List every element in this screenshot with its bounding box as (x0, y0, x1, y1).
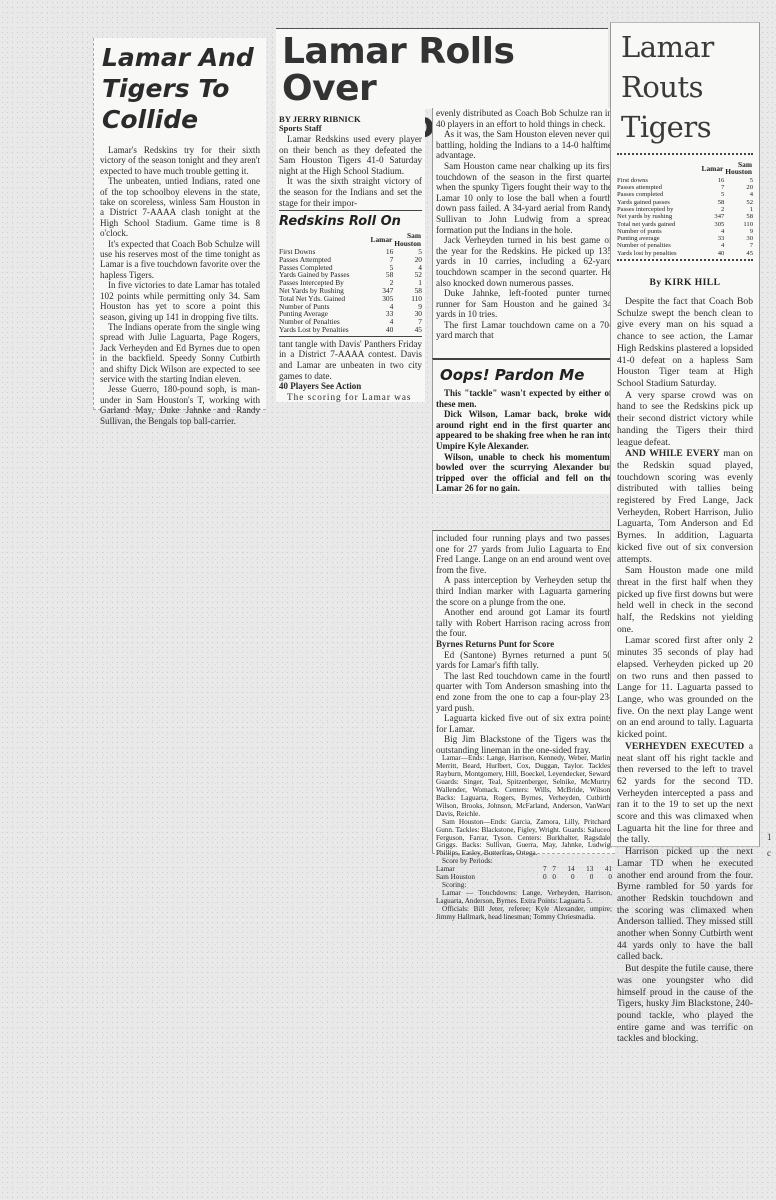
paragraph: Lamar Redskins used every player on thei… (279, 134, 422, 176)
stat-label: Number of penalties (617, 242, 698, 249)
stat-lamar: 347 (698, 213, 724, 220)
stats-row: Yards lost by penalties4045 (617, 250, 753, 257)
paragraph: The unbeaten, untied Indians, rated one … (100, 176, 260, 238)
subhead: Byrnes Returns Punt for Score (436, 639, 612, 650)
stat-lamar: 4 (698, 228, 724, 235)
margin-mark: c (767, 848, 771, 858)
paragraph: Dick Wilson, Lamar back, broke wide arou… (436, 409, 612, 451)
clipping-lamar-routs-tigers: Lamar Routs Tigers Lamar Sam Houston Fir… (610, 22, 760, 847)
stat-label: Passes completed (617, 191, 698, 198)
stats-row: Total net yards gained305110 (617, 221, 753, 228)
paragraph: AND WHILE EVERY man on the Redskin squad… (617, 448, 753, 565)
headline-line: Collide (102, 104, 260, 135)
stats-table: Lamar Sam Houston First downs165Passes a… (617, 160, 753, 257)
stat-sam: 45 (393, 326, 422, 334)
paragraph: Sam Houston came near chalking up its fi… (436, 161, 612, 235)
article-body: Despite the fact that Coach Bob Schulze … (617, 296, 753, 1045)
stat-label: Yards gained passes (617, 199, 698, 206)
stat-lamar: 33 (698, 235, 724, 242)
stat-sam: 52 (724, 199, 753, 206)
stat-lamar: 7 (698, 184, 724, 191)
stat-sam: 45 (724, 250, 753, 257)
stat-lamar: 4 (698, 242, 724, 249)
stat-lamar: 58 (698, 199, 724, 206)
paragraph: Lamar's Redskins try for their sixth vic… (100, 145, 260, 176)
headline-line: Lamar And (102, 42, 260, 73)
paragraph: A very sparse crowd was on hand to see t… (617, 390, 753, 449)
stats-box-title: Redskins Roll On (279, 214, 422, 229)
divider (617, 259, 753, 264)
divider (279, 336, 422, 337)
paragraph: Wilson, unable to check his momentum, bo… (436, 452, 612, 494)
oops-pardon-me-box: Oops! Pardon Me This "tackle" wasn't exp… (432, 358, 615, 494)
col-header: Lamar (367, 231, 393, 248)
stat-sam: 1 (724, 206, 753, 213)
officials: Officials: Bill Jeter, referee; Kyle Ale… (436, 906, 612, 922)
stat-label: Passes intercepted by (617, 206, 698, 213)
paragraph: VERHEYDEN EXECUTED a neat slant off his … (617, 741, 753, 846)
quarter-score: 0 (556, 874, 575, 882)
paragraph: But despite the futile cause, there was … (617, 963, 753, 1045)
headline-line: Tigers (621, 107, 753, 147)
paragraph: Sam Houston made one mild threat in the … (617, 565, 753, 635)
paragraph: In five victories to date Lamar has tota… (100, 280, 260, 322)
paragraph: Despite the fact that Coach Bob Schulze … (617, 296, 753, 390)
stat-label: Number of punts (617, 228, 698, 235)
paragraph: It was the sixth straight victory of the… (279, 176, 422, 208)
score-by-periods: Lamar77141341Sam Houston00000 (436, 866, 612, 882)
stat-sam: 20 (724, 184, 753, 191)
clipping-lamar-and-tigers-to-collide: Lamar And Tigers To Collide Lamar's Reds… (93, 38, 266, 410)
total-score: 0 (593, 874, 612, 882)
article-column-2: evenly distributed as Coach Bob Schulze … (432, 108, 615, 358)
headline-line: Tigers To (102, 73, 260, 104)
lineup-sam-houston: Sam Houston—Ends: Garcia, Zamora, Lilly,… (436, 819, 612, 859)
article-body: Lamar Redskins used every player on thei… (279, 134, 422, 208)
paragraph: A pass interception by Verheyden setup t… (436, 575, 612, 607)
stats-row: Passes completed54 (617, 191, 753, 198)
quarter-score: 0 (547, 874, 556, 882)
headline-line: Routs (621, 67, 753, 107)
lineup-lamar: Lamar—Ends: Lange, Harrison, Kennedy, We… (436, 755, 612, 818)
stat-label: First downs (617, 177, 698, 184)
stat-label: Net yards by rushing (617, 213, 698, 220)
box-title: Oops! Pardon Me (440, 366, 612, 384)
paragraph: The last Red touchdown came in the fourt… (436, 671, 612, 713)
stat-label: Total net yards gained (617, 221, 698, 228)
paragraph: included four running plays and two pass… (436, 533, 612, 575)
subhead: 40 Players See Action (279, 381, 422, 392)
paragraph: tant tangle with Davis' Panthers Friday … (279, 339, 422, 381)
margin-mark: 1 (767, 832, 772, 842)
lineups: Lamar—Ends: Lange, Harrison, Kennedy, We… (436, 755, 612, 866)
article-body: tant tangle with Davis' Panthers Friday … (279, 339, 422, 403)
paragraph: The scoring for Lamar was (279, 392, 422, 403)
article-body: included four running plays and two pass… (436, 533, 612, 755)
headline-line: Lamar (621, 27, 753, 67)
col-header: Lamar (698, 160, 724, 177)
article-column-1: BY JERRY RIBNICK Sports Staff Lamar Reds… (276, 108, 425, 402)
paragraph: As it was, the Sam Houston eleven never … (436, 129, 612, 161)
lead-rest: man on the Redskin squad played, touchdo… (617, 448, 753, 564)
stats-row: Yards gained passes5852 (617, 199, 753, 206)
paragraph: Harrison picked up the next Lamar TD whe… (617, 846, 753, 963)
stat-label: Yards Lost by Penalties (279, 326, 367, 334)
quarter-score: 0 (537, 874, 546, 882)
stat-sam: 9 (724, 228, 753, 235)
stat-label: Yards lost by penalties (617, 250, 698, 257)
paragraph: This "tackle" wasn't expected by either … (436, 388, 612, 409)
article-body: evenly distributed as Coach Bob Schulze … (436, 108, 612, 341)
paragraph: It's expected that Coach Bob Schulze wil… (100, 239, 260, 281)
stat-label: Punting average (617, 235, 698, 242)
byline: BY JERRY RIBNICK (279, 114, 422, 124)
stats-row: Passes attempted720 (617, 184, 753, 191)
stats-row: Yards Lost by Penalties4045 (279, 326, 422, 334)
paragraph: The first Lamar touchdown came on a 70-y… (436, 320, 612, 341)
paragraph: Laguarta kicked five out of six extra po… (436, 713, 612, 734)
stats-row: First downs165 (617, 177, 753, 184)
stats-row: Net yards by rushing34758 (617, 213, 753, 220)
stats-row: Passes intercepted by21 (617, 206, 753, 213)
paragraph: evenly distributed as Coach Bob Schulze … (436, 108, 612, 129)
clipping-lamar-rolls-over-header: Lamar Rolls Over Sam Houston, 41-0 (276, 28, 608, 109)
divider (617, 153, 753, 158)
stats-box: Redskins Roll On Lamar Sam Houston First… (279, 214, 422, 334)
article-continuation: included four running plays and two pass… (432, 530, 615, 854)
col-header: Sam Houston (724, 160, 753, 177)
headline-line: Lamar Rolls Over (282, 33, 608, 107)
byline: By KIRK HILL (617, 278, 753, 288)
stat-sam: 4 (724, 191, 753, 198)
col-header: Sam Houston (393, 231, 422, 248)
headline: Lamar And Tigers To Collide (102, 42, 260, 135)
stat-lamar: 5 (698, 191, 724, 198)
stats-table: Lamar Sam Houston First Downs165Passes A… (279, 231, 422, 334)
paragraph: Ed (Santone) Byrnes returned a punt 50 y… (436, 650, 612, 671)
headline: Lamar Routs Tigers (621, 27, 753, 147)
stat-sam: 7 (724, 242, 753, 249)
paragraph: The Indians operate from the single wing… (100, 322, 260, 384)
paragraph: Lamar scored first after only 2 minutes … (617, 635, 753, 740)
paragraph: Big Jim Blackstone of the Tigers was the… (436, 734, 612, 755)
scoring-touchdowns: Lamar — Touchdowns: Lange, Verheyden, Ha… (436, 890, 612, 906)
divider (279, 210, 422, 211)
stat-lamar: 40 (367, 326, 393, 334)
lead-caps: VERHEYDEN EXECUTED (625, 741, 744, 752)
paragraph: Jesse Guerro, 180-pound soph, is man-und… (100, 384, 260, 426)
stat-sam: 5 (724, 177, 753, 184)
article-body: Lamar's Redskins try for their sixth vic… (100, 145, 260, 426)
quarter-score: 0 (575, 874, 594, 882)
stat-lamar: 40 (698, 250, 724, 257)
paragraph: Jack Verheyden turned in his best game o… (436, 235, 612, 288)
paragraph: Duke Jahnke, left-footed punter turned r… (436, 288, 612, 320)
stat-sam: 110 (724, 221, 753, 228)
stat-sam: 30 (724, 235, 753, 242)
stat-label: Passes attempted (617, 184, 698, 191)
lead-rest: a neat slant off his right tackle and th… (617, 741, 753, 846)
paragraph: Another end around got Lamar its fourth … (436, 607, 612, 639)
lead-caps: AND WHILE EVERY (625, 448, 720, 459)
stats-row: Punting average3330 (617, 235, 753, 242)
stat-lamar: 16 (698, 177, 724, 184)
stat-lamar: 2 (698, 206, 724, 213)
stats-row: Number of penalties47 (617, 242, 753, 249)
byline-role: Sports Staff (279, 124, 422, 134)
stat-lamar: 305 (698, 221, 724, 228)
stats-row: Number of punts49 (617, 228, 753, 235)
scoring-summary: Scoring: Lamar — Touchdowns: Lange, Verh… (436, 882, 612, 922)
stat-sam: 58 (724, 213, 753, 220)
